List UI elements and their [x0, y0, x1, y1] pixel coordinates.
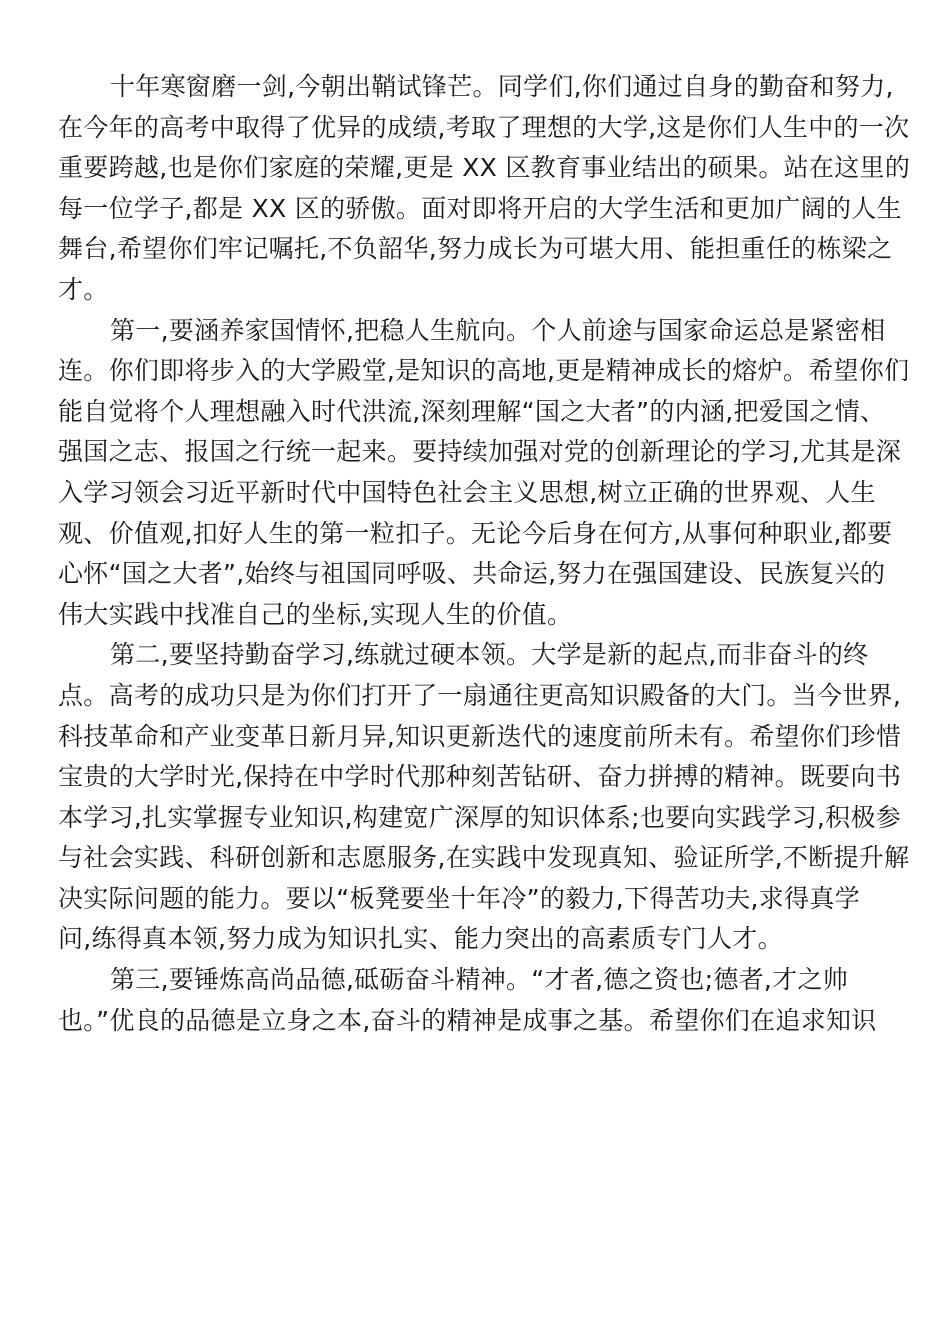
document-page: 十年寒窗磨一剑,今朝出鞘试锋芒。同学们,你们通过自身的勤奋和努力, 在今年的高考…	[0, 0, 950, 1344]
text-line: 第二,要坚持勤奋学习,练就过硬本领。大学是新的起点,而非奋斗的终	[58, 635, 898, 676]
text-line: 强国之志、报国之行统一起来。要持续加强对党的创新理论的学习,尤其是深	[58, 432, 898, 473]
text-line: 入学习领会习近平新时代中国特色社会主义思想,树立正确的世界观、人生	[58, 473, 898, 514]
text-line: 才。	[58, 270, 898, 311]
text-line: 第三,要锤炼高尚品德,砥砺奋斗精神。“才者,德之资也;德者,才之帅	[58, 960, 898, 1001]
text-line: 心怀“国之大者”,始终与祖国同呼吸、共命运,努力在强国建设、民族复兴的	[58, 554, 898, 595]
text-line: 能自觉将个人理想融入时代洪流,深刻理解“国之大者”的内涵,把爱国之情、	[58, 392, 898, 433]
text-line: 在今年的高考中取得了优异的成绩,考取了理想的大学,这是你们人生中的一次	[58, 108, 898, 149]
document-body: 十年寒窗磨一剑,今朝出鞘试锋芒。同学们,你们通过自身的勤奋和努力, 在今年的高考…	[58, 67, 898, 1041]
paragraph-third-point: 第三,要锤炼高尚品德,砥砺奋斗精神。“才者,德之资也;德者,才之帅 也。”优良的…	[58, 960, 898, 1041]
text-line: 本学习,扎实掌握专业知识,构建宽广深厚的知识体系;也要向实践学习,积极参	[58, 798, 898, 839]
text-line: 宝贵的大学时光,保持在中学时代那种刻苦钻研、奋力拼搏的精神。既要向书	[58, 757, 898, 798]
text-line: 观、价值观,扣好人生的第一粒扣子。无论今后身在何方,从事何种职业,都要	[58, 514, 898, 555]
paragraph-first-point: 第一,要涵养家国情怀,把稳人生航向。个人前途与国家命运总是紧密相 连。你们即将步…	[58, 311, 898, 636]
text-line: 也。”优良的品德是立身之本,奋斗的精神是成事之基。希望你们在追求知识	[58, 1001, 898, 1042]
text-line: 伟大实践中找准自己的坐标,实现人生的价值。	[58, 595, 898, 636]
text-line: 点。高考的成功只是为你们打开了一扇通往更高知识殿备的大门。当今世界,	[58, 676, 898, 717]
text-line: 连。你们即将步入的大学殿堂,是知识的高地,更是精神成长的熔炉。希望你们	[58, 351, 898, 392]
text-line: 十年寒窗磨一剑,今朝出鞘试锋芒。同学们,你们通过自身的勤奋和努力,	[58, 67, 898, 108]
text-line: 与社会实践、科研创新和志愿服务,在实践中发现真知、验证所学,不断提升解	[58, 838, 898, 879]
text-line: 舞台,希望你们牢记嘱托,不负韶华,努力成长为可堪大用、能担重任的栋梁之	[58, 229, 898, 270]
text-line: 决实际问题的能力。要以“板凳要坐十年冷”的毅力,下得苦功夫,求得真学	[58, 879, 898, 920]
text-line: 重要跨越,也是你们家庭的荣耀,更是 XX 区教育事业结出的硕果。站在这里的	[58, 148, 898, 189]
paragraph-intro: 十年寒窗磨一剑,今朝出鞘试锋芒。同学们,你们通过自身的勤奋和努力, 在今年的高考…	[58, 67, 898, 311]
text-line: 第一,要涵养家国情怀,把稳人生航向。个人前途与国家命运总是紧密相	[58, 311, 898, 352]
text-line: 科技革命和产业变革日新月异,知识更新迭代的速度前所未有。希望你们珍惜	[58, 717, 898, 758]
paragraph-second-point: 第二,要坚持勤奋学习,练就过硬本领。大学是新的起点,而非奋斗的终 点。高考的成功…	[58, 635, 898, 960]
text-line: 每一位学子,都是 XX 区的骄傲。面对即将开启的大学生活和更加广阔的人生	[58, 189, 898, 230]
text-line: 问,练得真本领,努力成为知识扎实、能力突出的高素质专门人才。	[58, 919, 898, 960]
